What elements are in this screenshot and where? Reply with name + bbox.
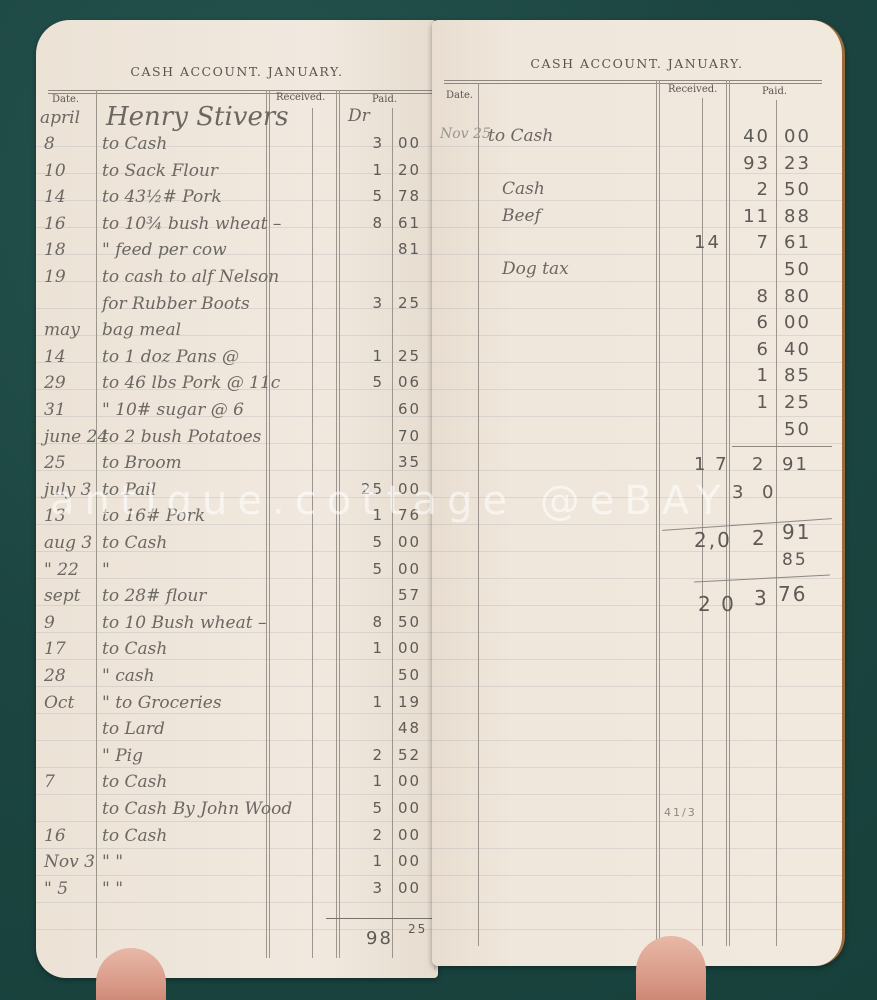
margin-note: 41/3 [664, 806, 697, 819]
row-paid-cents: 00 [398, 879, 421, 897]
final-cents: 76 [778, 582, 807, 606]
page-title: CASH ACCOUNT. JANUARY. [36, 64, 438, 79]
row-paid-cents: 85 [784, 365, 811, 386]
row-paid-cents: 78 [398, 187, 421, 205]
row-paid-cents: 70 [398, 427, 421, 445]
row-paid-cents: 00 [784, 312, 811, 333]
row-paid-dollars: 5 [354, 533, 384, 551]
header-rule [444, 80, 822, 81]
row-description: to Lard [102, 719, 165, 739]
row-description: to Cash [102, 772, 167, 792]
row-description: to Sack Flour [102, 161, 218, 181]
row-paid-dollars: 1 [732, 392, 770, 413]
row-date: 9 [44, 613, 55, 633]
row-description: to Broom [102, 453, 182, 473]
final-received: 2 0 [698, 592, 736, 616]
subtotal2-dollars: 2 [752, 526, 767, 550]
row-description: to Cash [488, 126, 553, 146]
ruled-lines [432, 120, 842, 936]
row-paid-dollars: 5 [354, 373, 384, 391]
row-description: Dog tax [502, 259, 569, 279]
row-paid-dollars: 2 [732, 179, 770, 200]
row-date: aug 3 [44, 533, 92, 553]
row-description: to 28# flour [102, 586, 206, 606]
row-description: to 2 bush Potatoes [102, 427, 261, 447]
row-paid-cents: 61 [784, 232, 811, 253]
row-paid-cents: 00 [398, 852, 421, 870]
row-description: to cash to alf Nelson [102, 267, 279, 287]
row-paid-cents: 20 [398, 161, 421, 179]
paid-cents-line [776, 100, 777, 946]
row-description: to 10 Bush wheat – [102, 613, 266, 633]
heading-date: april [40, 108, 80, 128]
row-date: 19 [44, 267, 66, 287]
row-paid-dollars: 11 [732, 206, 770, 227]
row-paid-cents: 52 [398, 746, 421, 764]
account-name: Henry Stivers [106, 102, 289, 132]
row-paid-dollars: 1 [354, 693, 384, 711]
row-paid-dollars: 1 [732, 365, 770, 386]
row-paid-cents: 23 [784, 153, 811, 174]
row-paid-cents: 50 [784, 179, 811, 200]
row-received: 14 [694, 232, 721, 253]
row-paid-cents: 50 [784, 419, 811, 440]
received-cents-line [312, 108, 313, 958]
watermark: antique.cottage @eBAY [50, 478, 731, 524]
row-description: to Cash By John Wood [102, 799, 292, 819]
row-paid-cents: 00 [398, 826, 421, 844]
final-dollars: 3 [754, 586, 769, 610]
row-description: " Pig [102, 746, 143, 766]
row-paid-cents: 25 [784, 392, 811, 413]
row-date: " 5 [44, 879, 68, 899]
row-paid-dollars: 1 [354, 772, 384, 790]
row-paid-dollars: 1 [354, 852, 384, 870]
row-paid-cents: 35 [398, 453, 421, 471]
row-description: for Rubber Boots [102, 294, 250, 314]
paid-column-line [339, 90, 340, 958]
row-description: to Cash [102, 134, 167, 154]
row-paid-dollars: 1 [354, 347, 384, 365]
row-paid-dollars: 3 [354, 134, 384, 152]
paid-header: Paid. [762, 86, 787, 97]
row-description: " feed per cow [102, 240, 227, 260]
row-date: june 24 [44, 427, 108, 447]
row-date: 28 [44, 666, 66, 686]
row-date: 14 [44, 347, 66, 367]
row-description: to 43½# Pork [102, 187, 222, 207]
row-paid-cents: 00 [398, 533, 421, 551]
row-date: 18 [44, 240, 66, 260]
row-paid-dollars: 1 [354, 639, 384, 657]
row-description: to Cash [102, 826, 167, 846]
row-paid-cents: 00 [398, 560, 421, 578]
row-paid-dollars: 6 [732, 339, 770, 360]
row-date: 29 [44, 373, 66, 393]
row-date: Oct [44, 693, 74, 713]
subtotal-cents: 91 [782, 454, 809, 475]
row-date: 10 [44, 161, 66, 181]
row-paid-cents: 50 [398, 613, 421, 631]
row-paid-cents: 61 [398, 214, 421, 232]
row-paid-cents: 25 [398, 347, 421, 365]
paid-cents-line [392, 108, 393, 958]
subtotal2-cents: 91 [782, 520, 811, 544]
row-paid-cents: 25 [398, 294, 421, 312]
row-paid-cents: 81 [398, 240, 421, 258]
received-header: Received. [668, 84, 717, 95]
row-date: sept [44, 586, 81, 606]
row-paid-dollars: 7 [732, 232, 770, 253]
row-paid-dollars: 93 [732, 153, 770, 174]
subtotal-received: 1 7 [694, 454, 729, 475]
row-paid-dollars: 6 [732, 312, 770, 333]
total-rule [326, 918, 436, 919]
row-description: bag meal [102, 320, 181, 340]
row-paid-cents: 00 [398, 639, 421, 657]
row-paid-cents: 06 [398, 373, 421, 391]
row-description: Beef [502, 206, 541, 226]
row-paid-cents: 88 [784, 206, 811, 227]
row-paid-dollars: 5 [354, 799, 384, 817]
row-paid-dollars: 5 [354, 560, 384, 578]
total-cents: 25 [408, 922, 427, 936]
paid-column-line [336, 90, 337, 958]
row-paid-dollars: 3 [354, 879, 384, 897]
row-date: 25 [44, 453, 66, 473]
row-paid-dollars: 40 [732, 126, 770, 147]
row-date: may [44, 320, 80, 340]
row-description: to Cash [102, 639, 167, 659]
row-description: Cash [502, 179, 545, 199]
row-paid-cents: 00 [398, 772, 421, 790]
row-paid-cents: 40 [784, 339, 811, 360]
row-paid-dollars: 3 [354, 294, 384, 312]
row-paid-cents: 50 [398, 666, 421, 684]
row-description: " " [102, 879, 123, 899]
row-description: " 10# sugar @ 6 [102, 400, 244, 420]
subtotal2-received: 2,0 [694, 528, 732, 552]
row-paid-dollars: 1 [354, 161, 384, 179]
row-paid-dollars: 2 [354, 826, 384, 844]
row-description: " " [102, 852, 123, 872]
header-rule [48, 90, 434, 91]
subtotal-dollars: 2 [752, 454, 765, 475]
row-description: to Cash [102, 533, 167, 553]
page-title: CASH ACCOUNT. JANUARY. [432, 56, 842, 71]
row-date: 16 [44, 214, 66, 234]
row-paid-cents: 50 [784, 259, 811, 280]
row-description: " to Groceries [102, 693, 222, 713]
row-paid-cents: 19 [398, 693, 421, 711]
paid-header: Paid. [372, 94, 397, 105]
row-paid-dollars: 8 [732, 286, 770, 307]
total-dollars: 98 [366, 928, 393, 949]
row-paid-dollars: 2 [354, 746, 384, 764]
subtotal-rule [732, 446, 832, 447]
date-column-line [96, 90, 97, 958]
row-description: " [102, 560, 110, 580]
row-paid-cents: 60 [398, 400, 421, 418]
row-date: " 22 [44, 560, 79, 580]
row-date: Nov 3 [44, 852, 95, 872]
row-paid-cents: 00 [398, 799, 421, 817]
row-date: 16 [44, 826, 66, 846]
debit-marker: Dr [348, 106, 370, 126]
row-paid-cents: 48 [398, 719, 421, 737]
row-date: 8 [44, 134, 55, 154]
date-header: Date. [446, 90, 473, 101]
deduct-cents: 85 [782, 550, 808, 570]
row-description: " cash [102, 666, 155, 686]
row-paid-cents: 00 [784, 126, 811, 147]
row-date: 14 [44, 187, 66, 207]
right-thumb [636, 936, 706, 1000]
date-header: Date. [52, 94, 79, 105]
added-dollars: 0 [762, 482, 775, 503]
row-paid-dollars: 5 [354, 187, 384, 205]
row-date: 17 [44, 639, 66, 659]
row-description: to 46 lbs Pork @ 11c [102, 373, 280, 393]
row-date: 7 [44, 772, 55, 792]
row-description: to 10¾ bush wheat – [102, 214, 281, 234]
row-description: to 1 doz Pans @ [102, 347, 239, 367]
row-date: Nov 25 [440, 126, 491, 142]
row-paid-dollars: 8 [354, 214, 384, 232]
row-paid-cents: 80 [784, 286, 811, 307]
header-rule [444, 83, 822, 84]
added-received: 3 [732, 482, 745, 503]
row-paid-cents: 00 [398, 134, 421, 152]
row-paid-dollars: 8 [354, 613, 384, 631]
row-date: 31 [44, 400, 66, 420]
row-paid-cents: 57 [398, 586, 421, 604]
